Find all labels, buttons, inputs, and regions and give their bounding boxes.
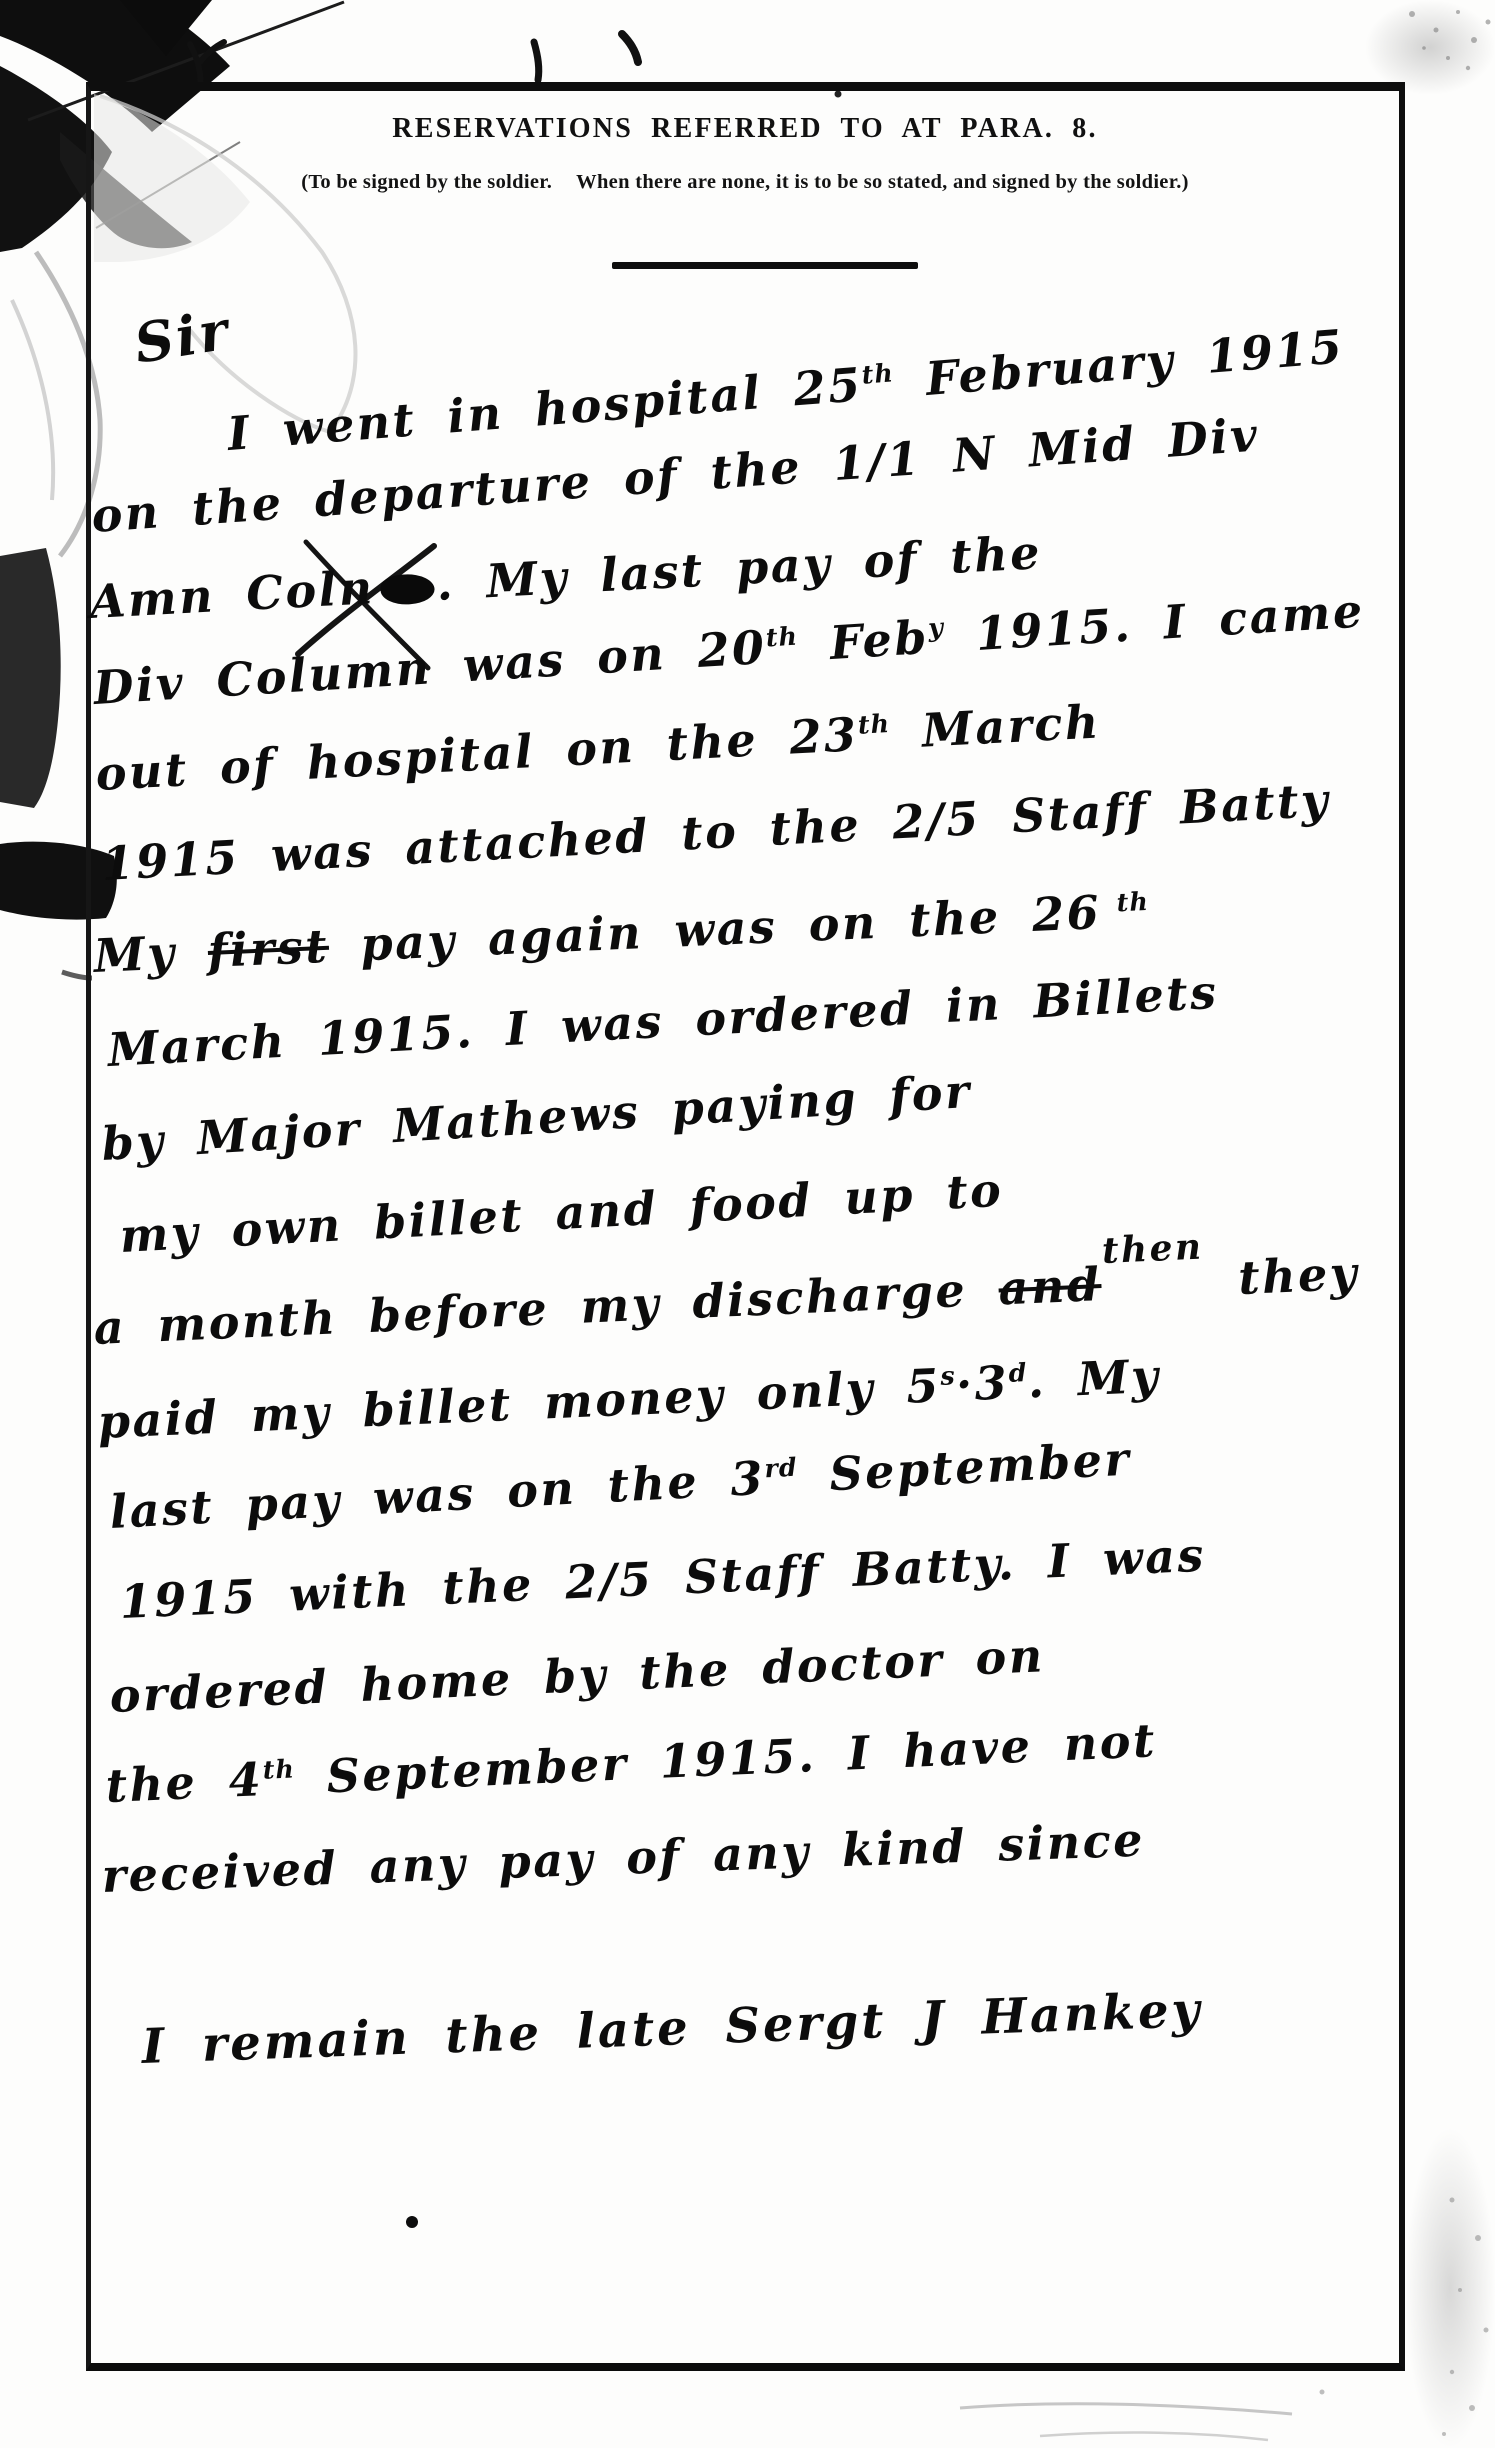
line-text: March bbox=[889, 694, 1102, 759]
superscript: th bbox=[1116, 886, 1149, 917]
form-instruction-right: When there are none, it is to be so stat… bbox=[576, 171, 1189, 193]
superscript: s bbox=[940, 1360, 957, 1391]
form-instruction: (To be signed by the soldier.When there … bbox=[90, 171, 1400, 194]
line-text: they bbox=[1206, 1246, 1360, 1307]
struck-word: first bbox=[207, 919, 330, 978]
section-divider-rule bbox=[612, 262, 918, 269]
scan-noise-top-right bbox=[1365, 0, 1495, 95]
salutation: Sir bbox=[131, 301, 234, 372]
form-title: RESERVATIONS REFERRED TO AT PARA. 8. bbox=[90, 113, 1400, 145]
superscript: th bbox=[857, 708, 891, 740]
form-instruction-left: (To be signed by the soldier. bbox=[301, 171, 552, 193]
superscript: th bbox=[262, 1753, 295, 1784]
line-text: the 4 bbox=[105, 1752, 265, 1813]
superscript: rd bbox=[764, 1452, 799, 1484]
scanned-document-page: RESERVATIONS REFERRED TO AT PARA. 8. (To… bbox=[0, 0, 1495, 2448]
below-border-smudge bbox=[960, 2404, 1292, 2440]
line-text: . My bbox=[1027, 1349, 1162, 1409]
superscript: th bbox=[765, 621, 799, 653]
struck-word: and bbox=[997, 1257, 1102, 1315]
superscript: th bbox=[861, 357, 895, 389]
inserted-word-above: then bbox=[1101, 1229, 1204, 1271]
scribble-blob bbox=[380, 573, 435, 606]
line-text: My bbox=[93, 924, 209, 983]
line-text: ·3 bbox=[955, 1355, 1010, 1411]
superscript: d bbox=[1008, 1357, 1028, 1388]
line-text: Feb bbox=[797, 610, 931, 672]
scan-noise-bottom-right bbox=[1405, 2128, 1495, 2448]
